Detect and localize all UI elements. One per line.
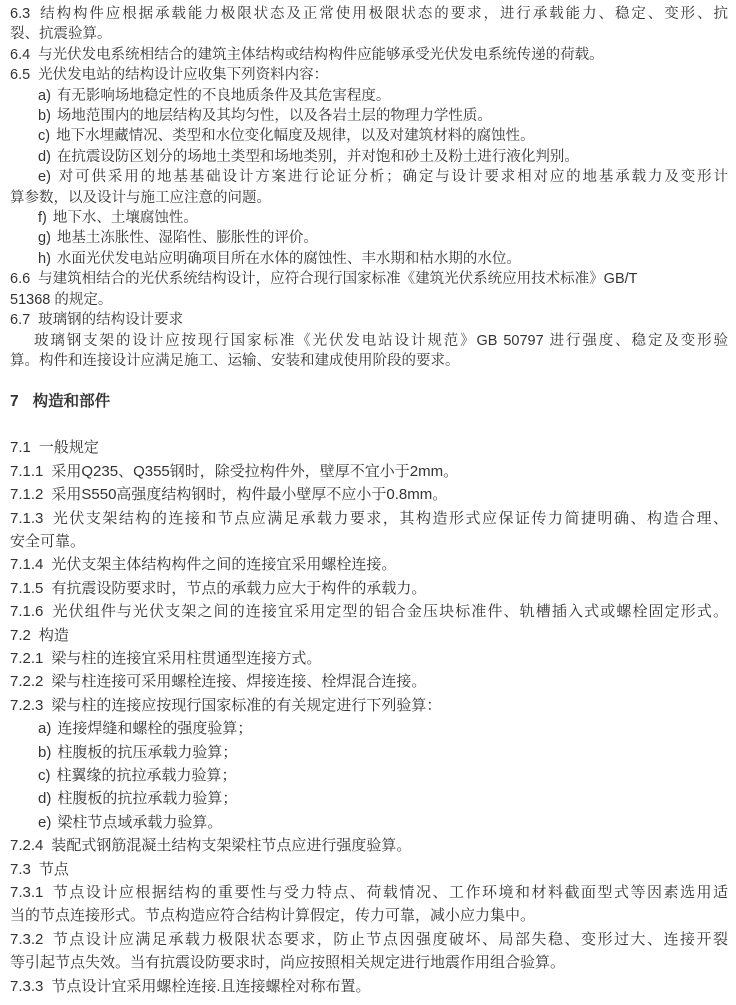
text-line: 当的节点连接形式。节点构造应符合结构计算假定，传力可靠，减小应力集中。: [10, 904, 728, 927]
clause-number: 7.3.3: [10, 978, 43, 995]
text-line: f)地下水、土壤腐蚀性。: [10, 208, 728, 228]
clause-number: 7.1.1: [10, 463, 43, 480]
clause-number: 7.2.4: [10, 837, 43, 854]
line-text: 光伏支架主体结构构件之间的连接宜采用螺栓连接。: [51, 556, 396, 573]
text-line: e)梁柱节点域承载力验算。: [10, 811, 728, 834]
line-text: 算。构件和连接设计应满足施工、运输、安装和建成使用阶段的要求。: [10, 353, 460, 369]
line-text: 玻璃钢的结构设计要求: [38, 312, 183, 328]
clause-number: d): [38, 149, 51, 165]
text-line: c)柱翼缘的抗拉承载力验算；: [10, 764, 728, 787]
line-text: 有抗震设防要求时，节点的承载力应大于构件的承载力。: [51, 580, 426, 597]
text-line: 安全可靠。: [10, 530, 728, 553]
clause-number: b): [38, 108, 51, 124]
clause-number: 6.4: [10, 47, 30, 63]
clause-number: 7.1.5: [10, 580, 43, 597]
line-text: 当的节点连接形式。节点构造应符合结构计算假定，传力可靠，减小应力集中。: [10, 907, 535, 924]
line-text: 节点设计应根据结构的重要性与受力特点、荷载情况、工作环境和材料截面型式等因素选用…: [51, 884, 728, 901]
text-line: 6.5光伏发电站的结构设计应收集下列资料内容：: [10, 65, 728, 85]
line-text: 柱翼缘的抗拉承载力验算；: [57, 767, 237, 784]
text-line: b)场地范围内的地层结构及其均匀性，以及各岩土层的物理力学性质。: [10, 106, 728, 126]
line-text: 算参数，以及设计与施工应注意的问题。: [10, 190, 271, 206]
clause-number: 7.2: [10, 627, 31, 644]
line-text: 节点设计应满足承载力极限状态要求，防止节点因强度破坏、局部失稳、变形过大、连接开…: [51, 931, 728, 948]
section-7-heading-number: 7: [10, 393, 19, 410]
line-text: 水面光伏发电站应明确项目所在水体的腐蚀性、丰水期和枯水期的水位。: [57, 251, 521, 267]
line-text: 光伏支架结构的连接和节点应满足承载力要求，其构造形式应保证传力简捷明确、构造合理…: [51, 510, 728, 527]
clause-number: 7.2.1: [10, 650, 43, 667]
text-line: 6.6与建筑相结合的光伏系统结构设计，应符合现行国家标准《建筑光伏系统应用技术标…: [10, 269, 728, 289]
clause-number: 6.7: [10, 312, 30, 328]
clause-number: 7.1: [10, 439, 31, 456]
text-line: 7.3节点: [10, 858, 728, 881]
text-line: 6.7玻璃钢的结构设计要求: [10, 310, 728, 330]
text-line: 7.1.2采用S550高强度结构钢时，构件最小壁厚不应小于0.8mm。: [10, 483, 728, 506]
text-line: 7.2.1梁与柱的连接宜采用柱贯通型连接方式。: [10, 647, 728, 670]
line-text: 一般规定: [39, 439, 99, 456]
text-line: d)在抗震设防区划分的场地土类型和场地类别，并对饱和砂土及粉土进行液化判别。: [10, 147, 728, 167]
text-line: 7.1.4光伏支架主体结构构件之间的连接宜采用螺栓连接。: [10, 553, 728, 576]
clause-number: 7.1.2: [10, 486, 43, 503]
line-text: 梁与柱的连接应按现行国家标准的有关规定进行下列验算：: [51, 697, 441, 714]
line-text: 与建筑相结合的光伏系统结构设计，应符合现行国家标准《建筑光伏系统应用技术标准》G…: [38, 271, 637, 287]
clause-number: h): [38, 251, 51, 267]
clause-number: 6.3: [10, 6, 30, 22]
line-text: 地基土冻胀性、湿陷性、膨胀性的评价。: [57, 230, 318, 246]
clause-number: 6.5: [10, 67, 30, 83]
text-line: 7.1.6光伏组件与光伏支架之间的连接宜采用定型的铝合金压块标准件、轨槽插入式或…: [10, 600, 728, 623]
line-text: 对可供采用的地基基础设计方案进行论证分析；确定与设计要求相对应的地基承载力及变形…: [57, 169, 728, 185]
text-line: 7.2.2梁与柱连接可采用螺栓连接、焊接连接、栓焊混合连接。: [10, 670, 728, 693]
line-text: 连接焊缝和螺栓的强度验算；: [57, 720, 252, 737]
line-text: 地下水、土壤腐蚀性。: [53, 210, 198, 226]
text-line: 玻璃钢支架的设计应按现行国家标准《光伏发电站设计规范》GB 50797 进行强度…: [10, 331, 728, 351]
clause-number: 7.2.3: [10, 697, 43, 714]
line-text: 与光伏发电系统相结合的建筑主体结构或结构构件应能够承受光伏发电系统传递的荷载。: [38, 47, 604, 63]
clause-number: c): [38, 767, 51, 784]
section-7-heading-title: 构造和部件: [33, 393, 111, 410]
line-text: 装配式钢筋混凝土结构支架梁柱节点应进行强度验算。: [51, 837, 411, 854]
text-line: 6.3结构构件应根据承载能力极限状态及正常使用极限状态的要求，进行承载能力、稳定…: [10, 4, 728, 24]
text-line: 等引起节点失效。当有抗震设防要求时，尚应按照相关规定进行地震作用组合验算。: [10, 951, 728, 974]
clause-number: f): [38, 210, 47, 226]
clause-number: 7.3.2: [10, 931, 43, 948]
text-line: c)地下水埋藏情况、类型和水位变化幅度及规律，以及对建筑材料的腐蚀性。: [10, 126, 728, 146]
line-text: 玻璃钢支架的设计应按现行国家标准《光伏发电站设计规范》GB 50797 进行强度…: [34, 333, 728, 349]
line-text: 场地范围内的地层结构及其均匀性，以及各岩土层的物理力学性质。: [57, 108, 492, 124]
text-line: 7.1.5有抗震设防要求时，节点的承载力应大于构件的承载力。: [10, 577, 728, 600]
text-line: e)对可供采用的地基基础设计方案进行论证分析；确定与设计要求相对应的地基承载力及…: [10, 167, 728, 187]
text-line: 7.1.1采用Q235、Q355钢时，除受拉构件外，壁厚不宜小于2mm。: [10, 460, 728, 483]
clause-number: 6.6: [10, 271, 30, 287]
text-line: a)连接焊缝和螺栓的强度验算；: [10, 717, 728, 740]
line-text: 地下水埋藏情况、类型和水位变化幅度及规律，以及对建筑材料的腐蚀性。: [56, 128, 535, 144]
line-text: 梁柱节点域承载力验算。: [57, 814, 222, 831]
text-line: 6.4与光伏发电系统相结合的建筑主体结构或结构构件应能够承受光伏发电系统传递的荷…: [10, 45, 728, 65]
line-text: 裂、抗震验算。: [10, 26, 112, 42]
clause-number: c): [38, 128, 50, 144]
clause-number: b): [38, 744, 51, 761]
text-line: 7.2.4装配式钢筋混凝土结构支架梁柱节点应进行强度验算。: [10, 834, 728, 857]
clause-number: e): [38, 169, 51, 185]
line-text: 有无影响场地稳定性的不良地质条件及其危害程度。: [57, 88, 391, 104]
clause-number: e): [38, 814, 51, 831]
line-text: 在抗震设防区划分的场地土类型和场地类别，并对饱和砂土及粉土进行液化判别。: [57, 149, 579, 165]
line-text: 采用S550高强度结构钢时，构件最小壁厚不应小于0.8mm。: [51, 486, 447, 503]
line-text: 柱腹板的抗压承载力验算；: [57, 744, 237, 761]
text-line: 7.2构造: [10, 624, 728, 647]
line-text: 等引起节点失效。当有抗震设防要求时，尚应按照相关规定进行地震作用组合验算。: [10, 954, 565, 971]
text-line: 7.1一般规定: [10, 436, 728, 459]
clause-number: d): [38, 790, 51, 807]
clause-number: 7.1.6: [10, 603, 43, 620]
text-line: d)柱腹板的抗拉承载力验算；: [10, 787, 728, 810]
text-line: a)有无影响场地稳定性的不良地质条件及其危害程度。: [10, 86, 728, 106]
section-7-text-block: 7.1一般规定7.1.1采用Q235、Q355钢时，除受拉构件外，壁厚不宜小于2…: [10, 436, 728, 998]
text-line: 算。构件和连接设计应满足施工、运输、安装和建成使用阶段的要求。: [10, 351, 728, 371]
clause-number: 7.1.3: [10, 510, 43, 527]
text-line: 7.1.3光伏支架结构的连接和节点应满足承载力要求，其构造形式应保证传力简捷明确…: [10, 507, 728, 530]
clause-number: 7.1.4: [10, 556, 43, 573]
line-text: 光伏发电站的结构设计应收集下列资料内容：: [38, 67, 328, 83]
clause-number: 7.2.2: [10, 673, 43, 690]
clause-number: g): [38, 230, 51, 246]
line-text: 51368 的规定。: [10, 292, 112, 308]
clause-number: 7.3.1: [10, 884, 43, 901]
text-line: 7.2.3梁与柱的连接应按现行国家标准的有关规定进行下列验算：: [10, 694, 728, 717]
line-text: 构造: [39, 627, 69, 644]
text-line: 算参数，以及设计与施工应注意的问题。: [10, 188, 728, 208]
section-6-text-block: 6.3结构构件应根据承载能力极限状态及正常使用极限状态的要求，进行承载能力、稳定…: [10, 4, 728, 371]
text-line: 7.3.2节点设计应满足承载力极限状态要求，防止节点因强度破坏、局部失稳、变形过…: [10, 928, 728, 951]
clause-number: a): [38, 88, 51, 104]
text-line: h)水面光伏发电站应明确项目所在水体的腐蚀性、丰水期和枯水期的水位。: [10, 249, 728, 269]
line-text: 结构构件应根据承载能力极限状态及正常使用极限状态的要求，进行承载能力、稳定、变形…: [38, 6, 728, 22]
document-page: 6.3结构构件应根据承载能力极限状态及正常使用极限状态的要求，进行承载能力、稳定…: [0, 0, 736, 1005]
line-text: 节点设计宜采用螺栓连接.且连接螺栓对称布置。: [51, 978, 370, 995]
line-text: 梁与柱连接可采用螺栓连接、焊接连接、栓焊混合连接。: [51, 673, 426, 690]
text-line: g)地基土冻胀性、湿陷性、膨胀性的评价。: [10, 228, 728, 248]
text-line: 7.3.1节点设计应根据结构的重要性与受力特点、荷载情况、工作环境和材料截面型式…: [10, 881, 728, 904]
line-text: 节点: [39, 861, 69, 878]
text-line: b)柱腹板的抗压承载力验算；: [10, 741, 728, 764]
line-text: 梁与柱的连接宜采用柱贯通型连接方式。: [51, 650, 321, 667]
line-text: 安全可靠。: [10, 533, 85, 550]
clause-number: a): [38, 720, 51, 737]
text-line: 51368 的规定。: [10, 290, 728, 310]
clause-number: 7.3: [10, 861, 31, 878]
text-line: 7.3.3节点设计宜采用螺栓连接.且连接螺栓对称布置。: [10, 975, 728, 998]
line-text: 柱腹板的抗拉承载力验算；: [57, 790, 237, 807]
text-line: 裂、抗震验算。: [10, 24, 728, 44]
section-7-heading: 7构造和部件: [10, 390, 728, 414]
line-text: 采用Q235、Q355钢时，除受拉构件外，壁厚不宜小于2mm。: [51, 463, 458, 480]
line-text: 光伏组件与光伏支架之间的连接宜采用定型的铝合金压块标准件、轨槽插入式或螺栓固定形…: [51, 603, 728, 620]
